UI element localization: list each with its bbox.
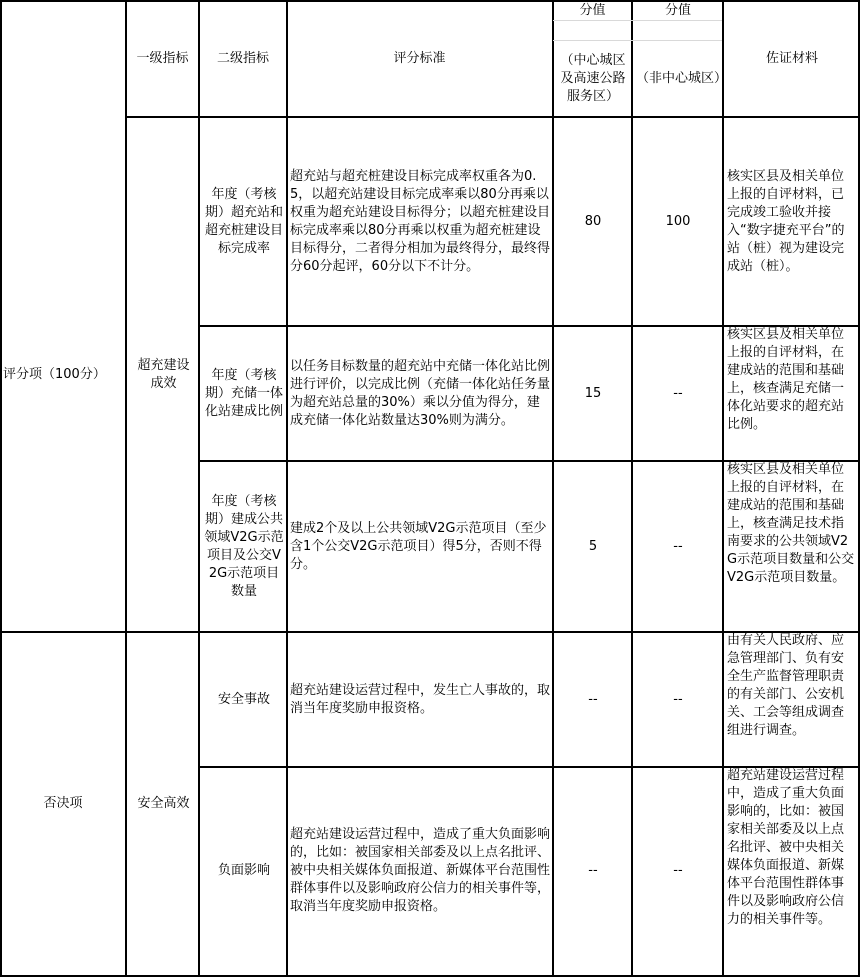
header-level1-cell: 一级指标 xyxy=(126,0,199,117)
table-row-1-level2: 年度（考核期）超充站和超充桩建设目标完成率 xyxy=(201,117,287,326)
table-row-5-score-a: -- xyxy=(554,767,632,975)
header-evidence: 佐证材料 xyxy=(766,50,818,68)
category-label: 评分项（100分） xyxy=(3,366,106,384)
header-evidence-cell: 佐证材料 xyxy=(724,0,860,117)
grid-line xyxy=(198,0,200,977)
table-row-1-score-a: 80 xyxy=(554,117,632,326)
section-category-veto: 否决项 xyxy=(0,632,126,975)
header-level2-cell: 二级指标 xyxy=(199,0,287,117)
level1-label: 安全高效 xyxy=(137,795,189,813)
header-criteria: 评分标准 xyxy=(393,50,445,68)
section-category-scoring: 评分项（100分） xyxy=(0,117,126,632)
header-criteria-cell: 评分标准 xyxy=(287,0,552,117)
grid-line xyxy=(125,116,860,118)
grid-line xyxy=(198,766,860,768)
header-score-a-sub-cell: （中心城区及高速公路服务区） xyxy=(555,40,631,117)
grid-line xyxy=(552,0,554,977)
table-row-4-score-a: -- xyxy=(554,632,632,767)
table-row-5-criteria: 超充站建设运营过程中，造成了重大负面影响的，比如：被国家相关部委及以上点名批评、… xyxy=(289,767,552,975)
table-row-5-evidence: 超充站建设运营过程中，造成了重大负面影响的，比如：被国家相关部委及以上点名批评、… xyxy=(726,767,858,975)
grid-line xyxy=(198,325,860,327)
grid-line xyxy=(0,0,860,2)
table-row-2-score-b: -- xyxy=(634,326,722,461)
header-score-a-title: 分值 xyxy=(579,2,605,20)
table-row-2-score-a: 15 xyxy=(554,326,632,461)
table-row-1-score-b: 100 xyxy=(634,117,722,326)
table-row-1-criteria: 超充站与超充桩建设目标完成率权重各为0.5，以超充站建设目标完成率乘以80分再乘… xyxy=(289,117,552,326)
header-score-b-title-cell: 分值 xyxy=(632,0,724,22)
level1-label: 超充建设成效 xyxy=(132,357,195,393)
table-row-3-evidence: 核实区县及相关单位上报的自评材料，在建成站的范围和基础上，核查满足技术指南要求的… xyxy=(726,461,858,632)
grid-line xyxy=(286,0,288,977)
scoring-table: 一级指标 二级指标 评分标准 分值 （中心城区及高速公路服务区） 分值 （非中心… xyxy=(0,0,860,977)
table-row-3-criteria: 建成2个及以上公共领域V2G示范项目（至少含1个公交V2G示范项目）得5分，否则… xyxy=(289,461,552,632)
grid-line xyxy=(722,0,724,977)
table-row-5-score-b: -- xyxy=(634,767,722,975)
table-row-4-score-b: -- xyxy=(634,632,722,767)
table-row-2-level2: 年度（考核期）充储一体化站建成比例 xyxy=(201,326,287,461)
table-row-3-score-b: -- xyxy=(634,461,722,632)
grid-line xyxy=(125,0,127,977)
header-score-a-sub: （中心城区及高速公路服务区） xyxy=(555,52,631,106)
header-level2: 二级指标 xyxy=(217,50,269,68)
table-row-1-evidence: 核实区县及相关单位上报的自评材料，已完成竣工验收并接入“数字捷充平台”的站（桩）… xyxy=(726,117,858,326)
grid-line xyxy=(553,20,722,21)
table-row-3-score-a: 5 xyxy=(554,461,632,632)
section-level1-construction: 超充建设成效 xyxy=(128,117,199,632)
category-label: 否决项 xyxy=(43,795,82,813)
section-level1-safety: 安全高效 xyxy=(128,632,199,975)
grid-line xyxy=(553,40,722,41)
table-row-2-evidence: 核实区县及相关单位上报的自评材料，在建成站的范围和基础上，核查满足充储一体化站要… xyxy=(726,326,858,461)
header-score-a-title-cell: 分值 xyxy=(553,0,632,22)
grid-line xyxy=(0,631,860,633)
header-score-b-title: 分值 xyxy=(665,2,691,20)
grid-line xyxy=(631,0,633,977)
table-row-3-level2: 年度（考核期）建成公共领域V2G示范项目及公交V2G示范项目数量 xyxy=(201,461,287,632)
table-row-4-criteria: 超充站建设运营过程中，发生亡人事故的，取消当年度奖励申报资格。 xyxy=(289,632,552,767)
grid-line xyxy=(0,0,2,977)
table-row-5-level2: 负面影响 xyxy=(201,767,287,975)
grid-line xyxy=(198,460,860,462)
header-category-cell xyxy=(0,0,126,117)
table-row-4-level2: 安全事故 xyxy=(201,632,287,767)
table-row-2-criteria: 以任务目标数量的超充站中充储一体化站比例进行评价，以完成比例（充储一体化站任务量… xyxy=(289,326,552,461)
table-row-4-evidence: 由有关人民政府、应急管理部门、负有安全生产监督管理职责的有关部门、公安机关、工会… xyxy=(726,632,858,767)
header-score-b-sub-cell: （非中心城区） xyxy=(636,40,722,117)
header-score-b-sub: （非中心城区） xyxy=(636,70,722,88)
header-level1: 一级指标 xyxy=(136,50,188,68)
